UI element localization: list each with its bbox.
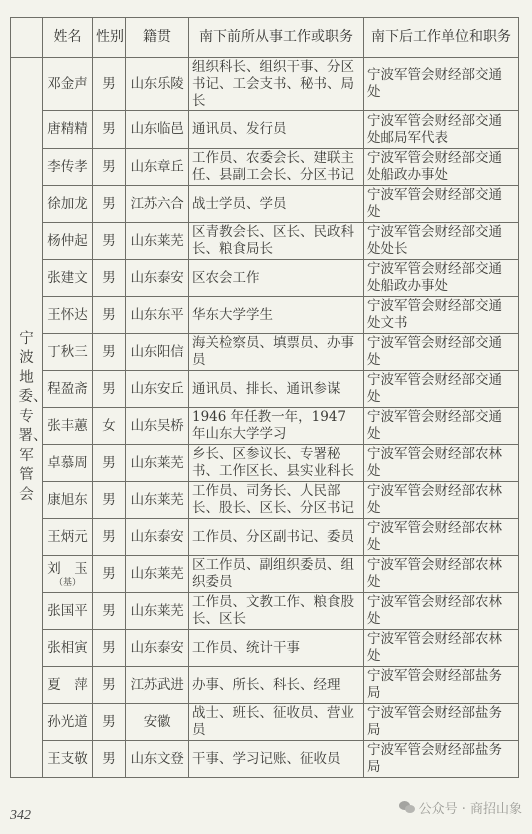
- header-prior-work: 南下前所从事工作或职务: [189, 18, 364, 58]
- name-text: 夏 萍: [47, 677, 88, 693]
- name-text: 邓金声: [47, 76, 88, 92]
- cell-name: 程盈斋: [43, 371, 93, 408]
- cell-prior-work: 区农会工作: [189, 260, 364, 297]
- name-text: 李传孝: [47, 159, 88, 175]
- cell-origin: 山东临邑: [126, 111, 189, 149]
- cell-prior-work: 工作员、分区副书记、委员: [189, 519, 364, 556]
- cell-after-work: 宁波军管会财经部交通处船政办事处: [364, 260, 519, 297]
- table-row: 王怀达男山东东平华东大学学生宁波军管会财经部交通处文书: [11, 297, 519, 334]
- cell-after-work: 宁波军管会财经部农林处: [364, 445, 519, 482]
- table-row: 张建文男山东泰安区农会工作宁波军管会财经部交通处船政办事处: [11, 260, 519, 297]
- personnel-table: 姓名 性别 籍贯 南下前所从事工作或职务 南下后工作单位和职务 宁波地委、专署、…: [10, 17, 519, 778]
- cell-origin: 山东泰安: [126, 260, 189, 297]
- cell-origin: 山东莱芜: [126, 556, 189, 593]
- cell-origin: 山东乐陵: [126, 58, 189, 111]
- table-row: 卓慕周男山东莱芜乡长、区参议长、专署秘书、工作区长、县实业科长宁波军管会财经部农…: [11, 445, 519, 482]
- cell-after-work: 宁波军管会财经部交通处: [364, 371, 519, 408]
- cell-sex: 男: [93, 741, 126, 778]
- cell-sex: 男: [93, 297, 126, 334]
- cell-name: 孙光道: [43, 704, 93, 741]
- cell-prior-work: 华东大学学生: [189, 297, 364, 334]
- cell-origin: 山东章丘: [126, 149, 189, 186]
- cell-sex: 男: [93, 556, 126, 593]
- name-text: 程盈斋: [47, 381, 88, 397]
- cell-name: 王支敬: [43, 741, 93, 778]
- table-row: 夏 萍男江苏武进办事、所长、科长、经理宁波军管会财经部盐务局: [11, 667, 519, 704]
- cell-prior-work: 区青教会长、区长、民政科长、粮食局长: [189, 223, 364, 260]
- cell-prior-work: 1946 年任教一年，1947 年山东大学学习: [189, 408, 364, 445]
- table-row: 孙光道男安徽战士、班长、征收员、营业员宁波军管会财经部盐务局: [11, 704, 519, 741]
- name-text: 唐精精: [47, 121, 88, 137]
- cell-origin: 山东东平: [126, 297, 189, 334]
- name-text: 丁秋三: [47, 344, 88, 360]
- cell-origin: 山东阳信: [126, 334, 189, 371]
- cell-origin: 江苏六合: [126, 186, 189, 223]
- header-origin: 籍贯: [126, 18, 189, 58]
- table-row: 张相寅男山东泰安工作员、统计干事宁波军管会财经部农林处: [11, 630, 519, 667]
- cell-origin: 山东安丘: [126, 371, 189, 408]
- cell-after-work: 宁波军管会财经部交通处文书: [364, 297, 519, 334]
- name-text: 王支敬: [47, 751, 88, 767]
- cell-name: 李传孝: [43, 149, 93, 186]
- cell-origin: 山东莱芜: [126, 223, 189, 260]
- name-text: 张国平: [47, 603, 88, 619]
- group-label: 宁波地委、专署、军管会: [19, 330, 35, 506]
- cell-prior-work: 干事、学习记账、征收员: [189, 741, 364, 778]
- cell-sex: 男: [93, 334, 126, 371]
- cell-origin: 山东泰安: [126, 630, 189, 667]
- cell-sex: 男: [93, 704, 126, 741]
- cell-name: 丁秋三: [43, 334, 93, 371]
- cell-after-work: 宁波军管会财经部农林处: [364, 556, 519, 593]
- table-body: 宁波地委、专署、军管会 邓金声 男 山东乐陵 组织科长、组织干事、分区书记、工会…: [11, 58, 519, 778]
- cell-name: 张相寅: [43, 630, 93, 667]
- cell-name: 刘 玉（基）: [43, 556, 93, 593]
- table-row: 张国平男山东莱芜工作员、文教工作、粮食股长、区长宁波军管会财经部农林处: [11, 593, 519, 630]
- table-row: 康旭东男山东莱芜工作员、司务长、人民部长、股长、区长、分区书记宁波军管会财经部农…: [11, 482, 519, 519]
- table-row: 杨仲起男山东莱芜区青教会长、区长、民政科长、粮食局长宁波军管会财经部交通处处长: [11, 223, 519, 260]
- table-row: 张丰蕙女山东吴桥1946 年任教一年，1947 年山东大学学习宁波军管会财经部交…: [11, 408, 519, 445]
- cell-sex: 男: [93, 149, 126, 186]
- cell-origin: 山东莱芜: [126, 445, 189, 482]
- name-text: 张丰蕙: [47, 418, 88, 434]
- cell-after-work: 宁波军管会财经部交通处: [364, 408, 519, 445]
- cell-prior-work: 乡长、区参议长、专署秘书、工作区长、县实业科长: [189, 445, 364, 482]
- table-row: 王支敬男山东文登干事、学习记账、征收员宁波军管会财经部盐务局: [11, 741, 519, 778]
- cell-name: 徐加龙: [43, 186, 93, 223]
- cell-after-work: 宁波军管会财经部交通处船政办事处: [364, 149, 519, 186]
- cell-name: 唐精精: [43, 111, 93, 149]
- cell-origin: 山东吴桥: [126, 408, 189, 445]
- cell-name: 张建文: [43, 260, 93, 297]
- table-row: 宁波地委、专署、军管会 邓金声 男 山东乐陵 组织科长、组织干事、分区书记、工会…: [11, 58, 519, 111]
- cell-prior-work: 区工作员、副组织委员、组织委员: [189, 556, 364, 593]
- cell-origin: 山东文登: [126, 741, 189, 778]
- cell-prior-work: 工作员、农委会长、建联主任、县副工会长、分区书记: [189, 149, 364, 186]
- cell-sex: 男: [93, 223, 126, 260]
- table-row: 程盈斋男山东安丘通讯员、排长、通讯参谋宁波军管会财经部交通处: [11, 371, 519, 408]
- cell-sex: 男: [93, 519, 126, 556]
- cell-sex: 女: [93, 408, 126, 445]
- cell-after-work: 宁波军管会财经部交通处: [364, 334, 519, 371]
- cell-sex: 男: [93, 445, 126, 482]
- cell-after-work: 宁波军管会财经部农林处: [364, 593, 519, 630]
- table-row: 李传孝男山东章丘工作员、农委会长、建联主任、县副工会长、分区书记宁波军管会财经部…: [11, 149, 519, 186]
- cell-origin: 安徽: [126, 704, 189, 741]
- cell-prior-work: 办事、所长、科长、经理: [189, 667, 364, 704]
- cell-sex: 男: [93, 58, 126, 111]
- cell-prior-work: 工作员、统计干事: [189, 630, 364, 667]
- cell-origin: 江苏武进: [126, 667, 189, 704]
- name-note: （基）: [46, 578, 89, 588]
- name-text: 张相寅: [47, 640, 88, 656]
- cell-sex: 男: [93, 482, 126, 519]
- cell-after-work: 宁波军管会财经部农林处: [364, 482, 519, 519]
- cell-prior-work: 组织科长、组织干事、分区书记、工会支书、秘书、局长: [189, 58, 364, 111]
- cell-after-work: 宁波军管会财经部盐务局: [364, 741, 519, 778]
- cell-after-work: 宁波军管会财经部盐务局: [364, 704, 519, 741]
- name-text: 王炳元: [47, 529, 88, 545]
- cell-after-work: 宁波军管会财经部交通处处长: [364, 223, 519, 260]
- cell-prior-work: 海关检察员、填票员、办事员: [189, 334, 364, 371]
- cell-sex: 男: [93, 593, 126, 630]
- table-header-row: 姓名 性别 籍贯 南下前所从事工作或职务 南下后工作单位和职务: [11, 18, 519, 58]
- cell-after-work: 宁波军管会财经部农林处: [364, 519, 519, 556]
- table-row: 刘 玉（基）男山东莱芜区工作员、副组织委员、组织委员宁波军管会财经部农林处: [11, 556, 519, 593]
- cell-prior-work: 战士学员、学员: [189, 186, 364, 223]
- cell-name: 康旭东: [43, 482, 93, 519]
- cell-name: 张丰蕙: [43, 408, 93, 445]
- name-text: 张建文: [47, 270, 88, 286]
- watermark: 公众号 · 商招山象: [399, 798, 522, 817]
- cell-origin: 山东莱芜: [126, 482, 189, 519]
- cell-name: 邓金声: [43, 58, 93, 111]
- cell-after-work: 宁波军管会财经部交通处: [364, 58, 519, 111]
- cell-sex: 男: [93, 630, 126, 667]
- cell-prior-work: 通讯员、排长、通讯参谋: [189, 371, 364, 408]
- cell-name: 卓慕周: [43, 445, 93, 482]
- cell-sex: 男: [93, 371, 126, 408]
- cell-sex: 男: [93, 667, 126, 704]
- cell-prior-work: 通讯员、发行员: [189, 111, 364, 149]
- name-text: 康旭东: [47, 492, 88, 508]
- cell-sex: 男: [93, 260, 126, 297]
- cell-sex: 男: [93, 186, 126, 223]
- table-row: 王炳元男山东泰安工作员、分区副书记、委员宁波军管会财经部农林处: [11, 519, 519, 556]
- cell-after-work: 宁波军管会财经部农林处: [364, 630, 519, 667]
- name-text: 孙光道: [47, 714, 88, 730]
- header-group: [11, 18, 43, 58]
- cell-name: 杨仲起: [43, 223, 93, 260]
- cell-name: 王炳元: [43, 519, 93, 556]
- cell-origin: 山东莱芜: [126, 593, 189, 630]
- name-text: 刘 玉: [47, 561, 88, 577]
- header-after-work: 南下后工作单位和职务: [364, 18, 519, 58]
- cell-origin: 山东泰安: [126, 519, 189, 556]
- name-text: 杨仲起: [47, 233, 88, 249]
- page-number: 342: [10, 808, 31, 824]
- cell-prior-work: 工作员、文教工作、粮食股长、区长: [189, 593, 364, 630]
- table-row: 丁秋三男山东阳信海关检察员、填票员、办事员宁波军管会财经部交通处: [11, 334, 519, 371]
- cell-name: 张国平: [43, 593, 93, 630]
- cell-sex: 男: [93, 111, 126, 149]
- table-row: 徐加龙男江苏六合战士学员、学员宁波军管会财经部交通处: [11, 186, 519, 223]
- cell-prior-work: 战士、班长、征收员、营业员: [189, 704, 364, 741]
- header-sex: 性别: [93, 18, 126, 58]
- name-text: 徐加龙: [47, 196, 88, 212]
- cell-name: 王怀达: [43, 297, 93, 334]
- name-text: 卓慕周: [47, 455, 88, 471]
- cell-after-work: 宁波军管会财经部交通处: [364, 186, 519, 223]
- table-row: 唐精精男山东临邑通讯员、发行员宁波军管会财经部交通处邮局军代表: [11, 111, 519, 149]
- cell-after-work: 宁波军管会财经部交通处邮局军代表: [364, 111, 519, 149]
- group-cell: 宁波地委、专署、军管会: [11, 58, 43, 778]
- wechat-icon: [399, 801, 415, 814]
- cell-prior-work: 工作员、司务长、人民部长、股长、区长、分区书记: [189, 482, 364, 519]
- watermark-text: 公众号 · 商招山象: [419, 798, 522, 817]
- cell-after-work: 宁波军管会财经部盐务局: [364, 667, 519, 704]
- cell-name: 夏 萍: [43, 667, 93, 704]
- header-name: 姓名: [43, 18, 93, 58]
- name-text: 王怀达: [47, 307, 88, 323]
